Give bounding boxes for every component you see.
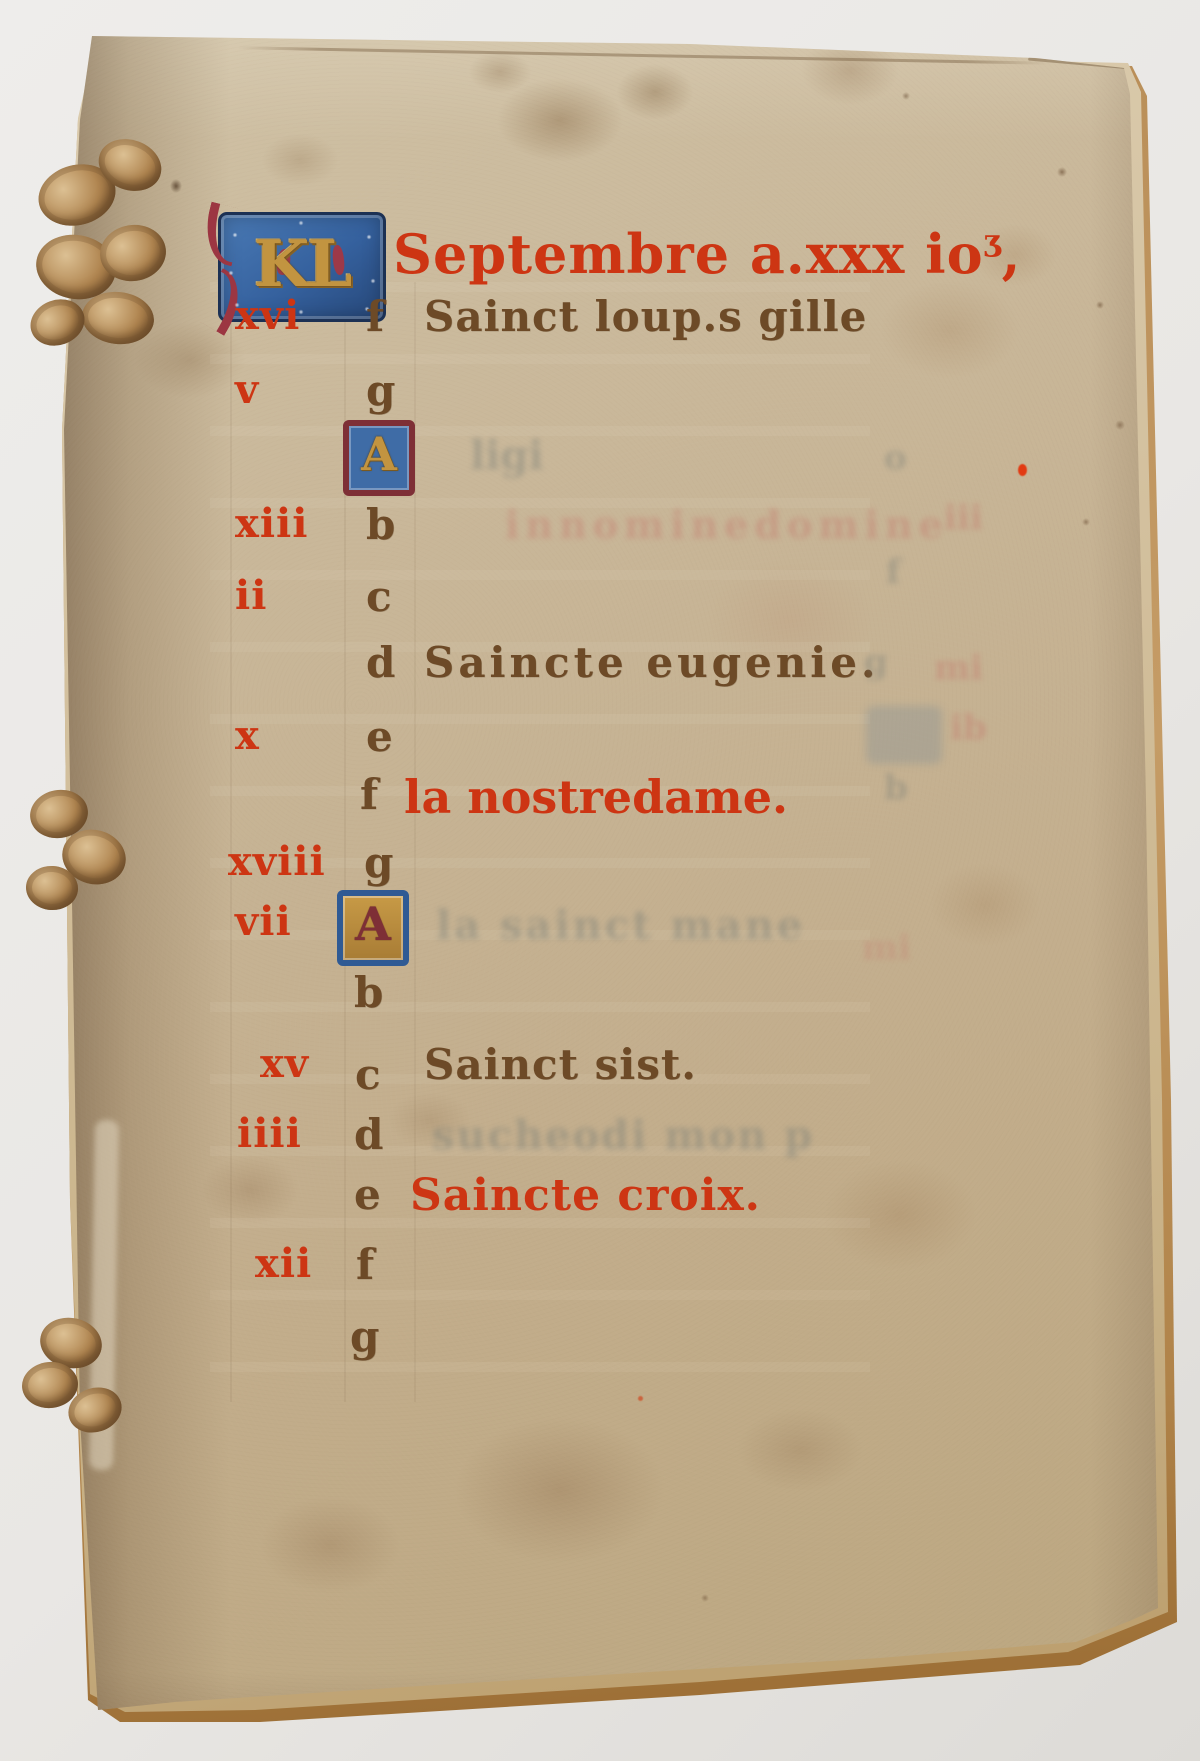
golden-number: iiii	[237, 1110, 302, 1157]
initial-letter: A	[361, 427, 397, 481]
feast-entry: Sainct sist.	[424, 1040, 697, 1089]
feast-entry: Sainct loup.s gille	[424, 292, 867, 341]
show-through-mark: o	[884, 438, 907, 478]
show-through-mark: b	[884, 768, 908, 808]
dominical-letter: g	[366, 366, 395, 415]
show-through-mark: ib	[950, 708, 987, 748]
dominical-letter: f	[360, 770, 378, 819]
dominical-letter: b	[354, 968, 383, 1017]
illuminated-initial: A	[343, 420, 415, 496]
show-through-mark: mi	[862, 928, 911, 968]
golden-number: xii	[255, 1240, 312, 1287]
dominical-letter: c	[355, 1050, 381, 1099]
feast-entry: la nostredame.	[404, 770, 788, 824]
feast-entry: Saincte croix.	[410, 1170, 761, 1221]
golden-number: xiii	[235, 500, 308, 547]
under-leaf-top-edge	[238, 46, 1048, 65]
feast-entry: Saincte eugenie.	[424, 638, 880, 687]
blue-gray-patch	[866, 706, 942, 764]
month-header: Septembre a.xxx ioʒ,	[393, 222, 1021, 286]
golden-number: v	[235, 366, 259, 413]
show-through-mark: mi	[934, 648, 983, 688]
dominical-letter: e	[354, 1170, 381, 1219]
abbreviation-mark: ʒ	[984, 224, 1002, 259]
golden-number: vii	[235, 898, 292, 945]
golden-number: xv	[260, 1040, 309, 1087]
dominical-letter: f	[356, 1240, 374, 1289]
show-through-mark: g	[864, 642, 888, 682]
vellum-page: KL Septembre a.xxx ioʒ, xvi f Sainct lou…	[0, 0, 1200, 1761]
dominical-letter: c	[366, 572, 392, 621]
dominical-letter: g	[350, 1312, 379, 1361]
golden-number: ii	[235, 572, 267, 619]
ghost-text: ligi	[470, 432, 544, 479]
illuminated-initial: A	[337, 890, 409, 966]
golden-number: xvi	[235, 292, 300, 339]
dominical-letter: d	[354, 1110, 383, 1159]
ghost-text: la sainct mane	[436, 902, 805, 949]
red-ink-dot	[1018, 464, 1027, 476]
golden-number: xviii	[228, 838, 326, 885]
show-through-mark: f	[886, 552, 901, 592]
month-header-text: Septembre a.xxx io	[393, 222, 984, 286]
dominical-letter: d	[366, 638, 395, 687]
ghost-text: sucheodi mon p	[432, 1112, 814, 1159]
month-header-comma: ,	[1002, 222, 1022, 286]
golden-number: x	[235, 712, 260, 759]
ghost-text: innominedomine	[505, 502, 949, 547]
show-through-mark: iii	[944, 498, 983, 538]
dominical-letter: f	[366, 292, 384, 341]
initial-letter: A	[355, 897, 391, 951]
manuscript-photo: KL Septembre a.xxx ioʒ, xvi f Sainct lou…	[0, 0, 1200, 1761]
dominical-letter: b	[366, 500, 395, 549]
dominical-letter: g	[364, 838, 393, 887]
dominical-letter: e	[366, 712, 393, 761]
red-ink-speck	[638, 1396, 643, 1401]
